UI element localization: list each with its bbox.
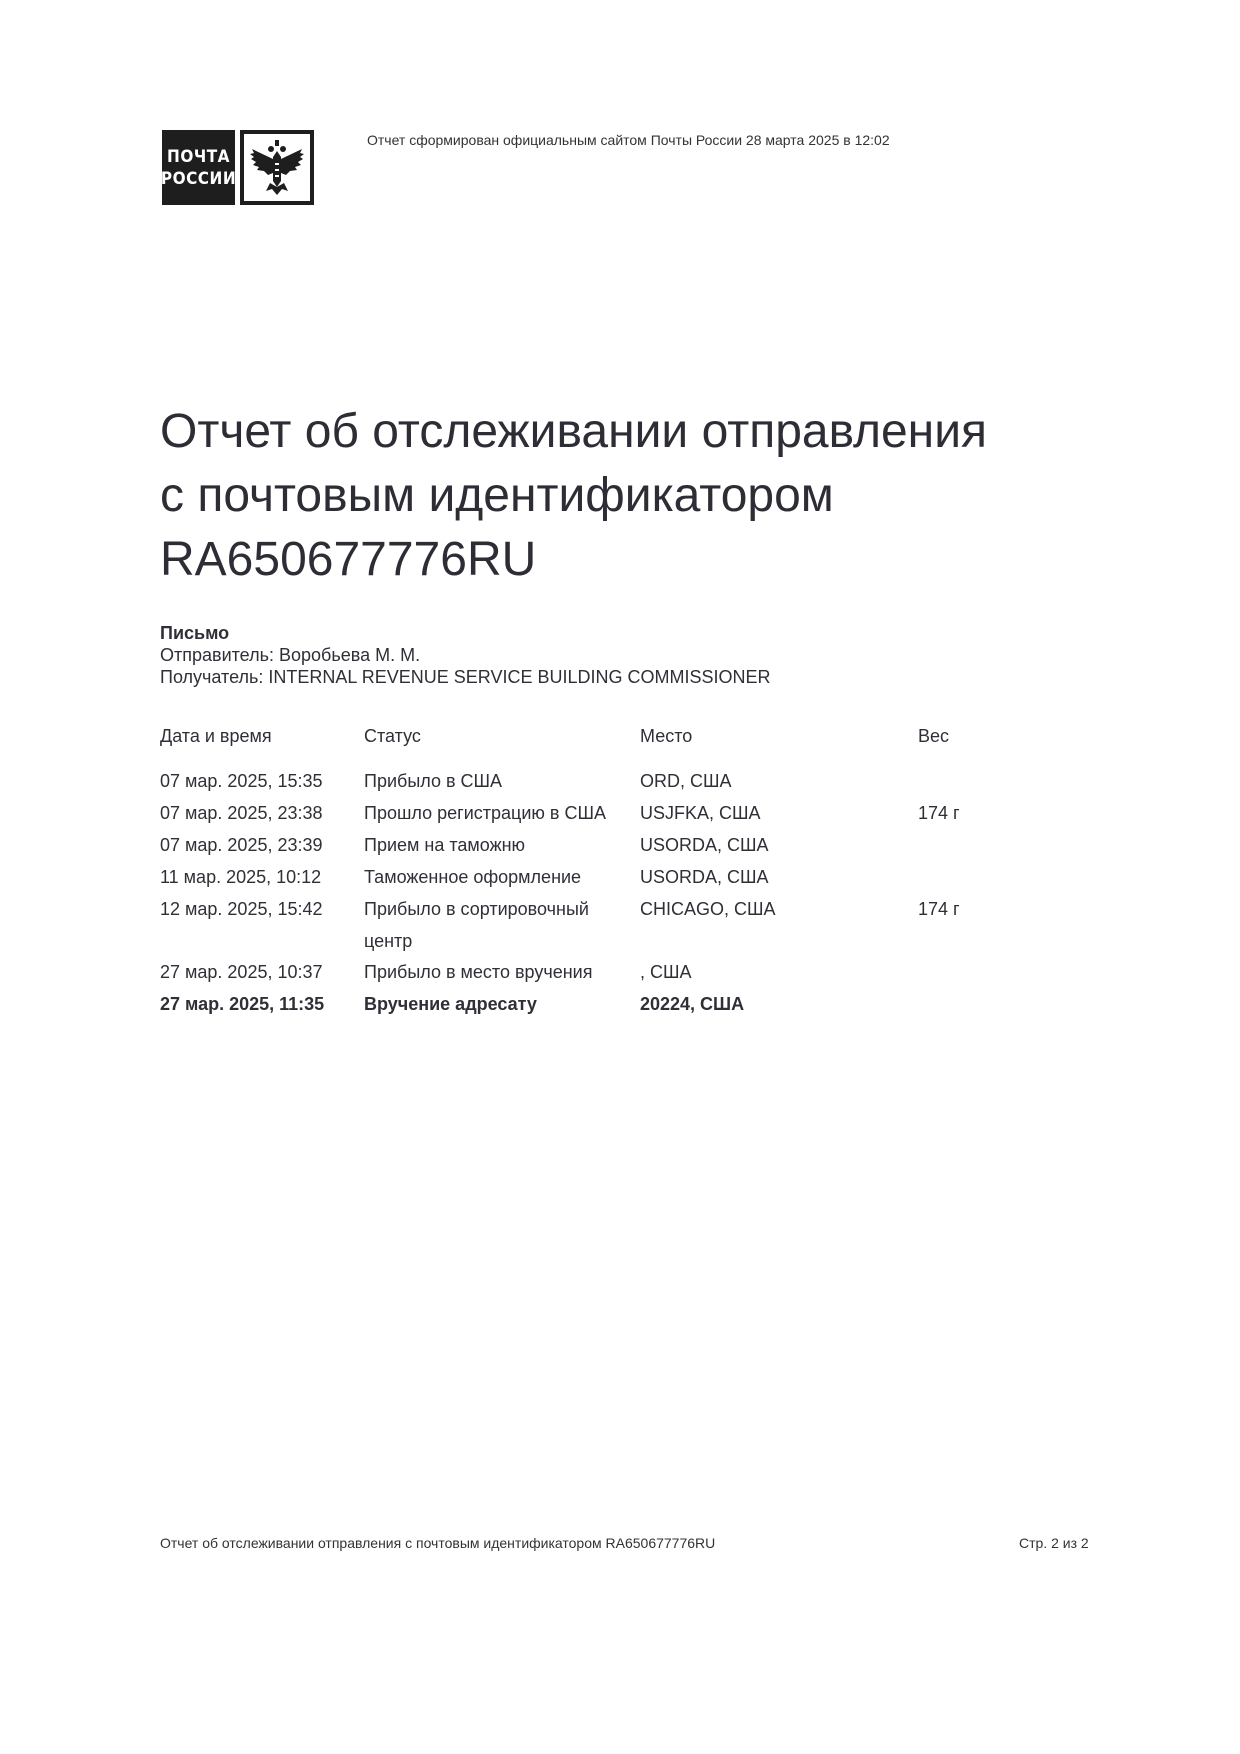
double-headed-eagle-icon	[248, 137, 306, 199]
russian-post-logo: ПОЧТА РОССИИ	[162, 130, 314, 205]
event-place: ORD, США	[640, 765, 732, 797]
header-date: Дата и время	[160, 724, 272, 748]
title-line-2: с почтовым идентификатором	[160, 464, 987, 528]
event-date: 07 мар. 2025, 23:39	[160, 829, 323, 861]
event-status: Прошло регистрацию в США	[364, 797, 606, 829]
event-status: Прием на таможню	[364, 829, 525, 861]
event-date: 27 мар. 2025, 11:35	[160, 988, 324, 1020]
report-generated-note: Отчет сформирован официальным сайтом Поч…	[367, 132, 890, 148]
page-title: Отчет об отслеживании отправления с почт…	[160, 400, 987, 592]
event-place: USORDA, США	[640, 861, 769, 893]
shipment-type: Письмо	[160, 622, 770, 644]
event-date: 11 мар. 2025, 10:12	[160, 861, 321, 893]
event-place: 20224, США	[640, 988, 744, 1020]
event-status: Прибыло в сортировочный центр	[364, 893, 614, 957]
shipment-info: Письмо Отправитель: Воробьева М. М. Полу…	[160, 622, 770, 688]
header-place: Место	[640, 724, 692, 748]
event-date: 07 мар. 2025, 15:35	[160, 765, 323, 797]
logo-wordmark: ПОЧТА РОССИИ	[162, 130, 235, 205]
event-date: 27 мар. 2025, 10:37	[160, 956, 323, 988]
event-weight: 174 г	[918, 797, 960, 829]
recipient: Получатель: INTERNAL REVENUE SERVICE BUI…	[160, 666, 770, 688]
header-weight: Вес	[918, 724, 949, 748]
logo-line-1: ПОЧТА	[167, 146, 230, 168]
tracking-number: RA650677776RU	[160, 528, 987, 592]
logo-emblem-frame	[240, 130, 314, 205]
header-status: Статус	[364, 724, 421, 748]
event-place: CHICAGO, США	[640, 893, 776, 925]
event-place: USJFKA, США	[640, 797, 761, 829]
title-line-1: Отчет об отслеживании отправления	[160, 400, 987, 464]
event-status: Прибыло в место вручения	[364, 956, 592, 988]
footer-report-title: Отчет об отслеживании отправления с почт…	[160, 1535, 715, 1551]
event-date: 12 мар. 2025, 15:42	[160, 893, 323, 925]
event-status: Прибыло в США	[364, 765, 502, 797]
logo-line-2: РОССИИ	[161, 168, 236, 190]
event-weight: 174 г	[918, 893, 960, 925]
sender: Отправитель: Воробьева М. М.	[160, 644, 770, 666]
event-status: Таможенное оформление	[364, 861, 581, 893]
event-place: USORDA, США	[640, 829, 769, 861]
event-date: 07 мар. 2025, 23:38	[160, 797, 323, 829]
event-status: Вручение адресату	[364, 988, 537, 1020]
page-number: Стр. 2 из 2	[1019, 1535, 1089, 1551]
event-place: , США	[640, 956, 692, 988]
